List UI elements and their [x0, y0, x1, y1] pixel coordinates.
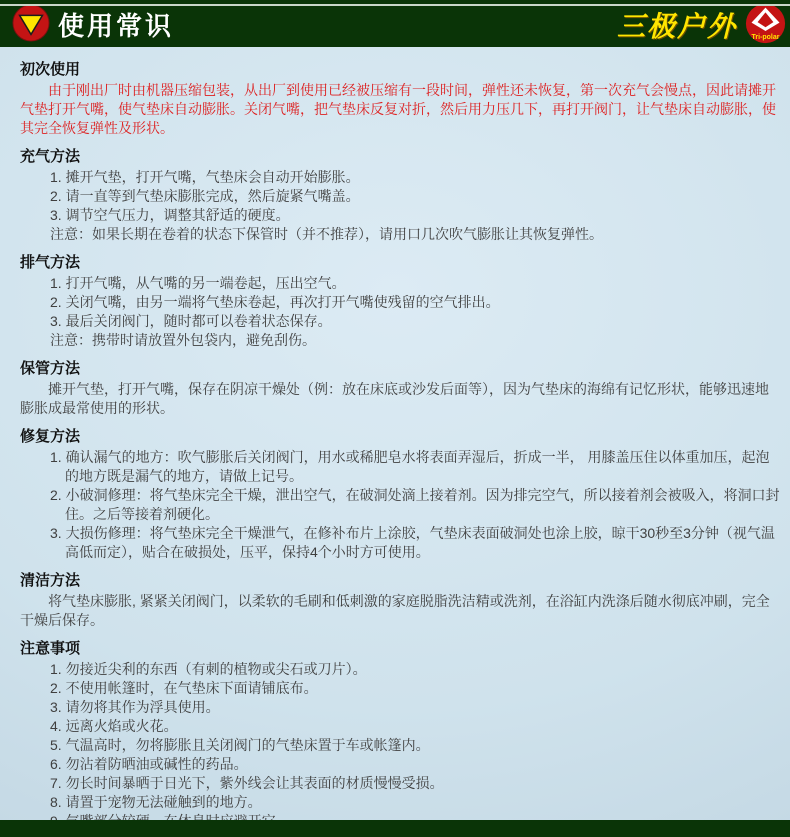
list-item: 1. 打开气嘴，从气嘴的另一端卷起，压出空气。 [20, 274, 782, 293]
section-heading: 修复方法 [20, 428, 782, 446]
list-item: 5. 气温高时，勿将膨胀且关闭阀门的气垫床置于车或帐篷内。 [20, 736, 782, 755]
section-heading: 充气方法 [20, 148, 782, 166]
list-item: 4. 远离火焰或火花。 [20, 717, 782, 736]
list-item: 3. 调节空气压力，调整其舒适的硬度。 [20, 206, 782, 225]
section-paragraph: 摊开气垫，打开气嘴，保存在阴凉干燥处（例：放在床底或沙发后面等），因为气垫床的海… [20, 380, 782, 418]
tripolar-logo-text: Tri-polar [752, 33, 780, 40]
list-item: 8. 请置于宠物无法碰触到的地方。 [20, 793, 782, 812]
section-heading: 初次使用 [20, 61, 782, 79]
warning-triangle-icon [12, 4, 50, 47]
section-heading: 保管方法 [20, 360, 782, 378]
list-item: 9. 气嘴部分较硬，在休息时应避开它。 [20, 812, 782, 820]
tripolar-logo-icon: Tri-polar [745, 3, 786, 49]
list-item: 6. 勿沾着防晒油或碱性的药品。 [20, 755, 782, 774]
section-1: 初次使用由于刚出厂时由机器压缩包装，从出厂到使用已经被压缩有一段时间，弹性还未恢… [20, 61, 782, 138]
section-5: 修复方法1. 确认漏气的地方：吹气膨胀后关闭阀门，用水或稀肥皂水将表面弄湿后，折… [20, 428, 782, 562]
list-item: 3. 大损伤修理：将气垫床完全干燥泄气，在修补布片上涂胶，气垫床表面破洞处也涂上… [20, 524, 782, 562]
list-item: 2. 关闭气嘴，由另一端将气垫床卷起，再次打开气嘴使残留的空气排出。 [20, 293, 782, 312]
content: 初次使用由于刚出厂时由机器压缩包装，从出厂到使用已经被压缩有一段时间，弹性还未恢… [0, 47, 790, 820]
section-3: 排气方法1. 打开气嘴，从气嘴的另一端卷起，压出空气。2. 关闭气嘴，由另一端将… [20, 254, 782, 350]
section-4: 保管方法摊开气垫，打开气嘴，保存在阴凉干燥处（例：放在床底或沙发后面等），因为气… [20, 360, 782, 418]
instruction-sheet: 使用常识 三极户外 Tri-polar 初次使用由于刚出厂时由机器压缩包装，从出… [0, 0, 790, 837]
list-item: 1. 确认漏气的地方：吹气膨胀后关闭阀门，用水或稀肥皂水将表面弄湿后，折成一半，… [20, 448, 782, 486]
list-item: 7. 勿长时间暴晒于日光下，紫外线会让其表面的材质慢慢受损。 [20, 774, 782, 793]
list-item: 注意：携带时请放置外包袋内，避免刮伤。 [20, 331, 782, 350]
list-item: 2. 请一直等到气垫床膨胀完成，然后旋紧气嘴盖。 [20, 187, 782, 206]
list-item: 注意：如果长期在卷着的状态下保管时（并不推荐），请用口几次吹气膨胀让其恢复弹性。 [20, 225, 782, 244]
list-item: 1. 勿接近尖利的东西（有刺的植物或尖石或刀片）。 [20, 660, 782, 679]
section-paragraph: 将气垫床膨胀, 紧紧关闭阀门，以柔软的毛刷和低刺激的家庭脱脂洗洁精或洗剂，在浴缸… [20, 592, 782, 630]
section-heading: 清洁方法 [20, 572, 782, 590]
section-7: 注意事项1. 勿接近尖利的东西（有刺的植物或尖石或刀片）。2. 不使用帐篷时，在… [20, 640, 782, 820]
footer-bar [0, 820, 790, 837]
header-bar: 使用常识 三极户外 Tri-polar [0, 0, 790, 47]
list-item: 3. 请勿将其作为浮具使用。 [20, 698, 782, 717]
section-heading: 注意事项 [20, 640, 782, 658]
section-6: 清洁方法将气垫床膨胀, 紧紧关闭阀门，以柔软的毛刷和低刺激的家庭脱脂洗洁精或洗剂… [20, 572, 782, 630]
list-item: 1. 摊开气垫，打开气嘴，气垫床会自动开始膨胀。 [20, 168, 782, 187]
list-item: 3. 最后关闭阀门，随时都可以卷着状态保存。 [20, 312, 782, 331]
section-paragraph: 由于刚出厂时由机器压缩包装，从出厂到使用已经被压缩有一段时间，弹性还未恢复，第一… [20, 81, 782, 138]
page-title: 使用常识 [58, 6, 174, 43]
brand-name: 三极户外 [617, 5, 737, 45]
header-accent-line [0, 4, 790, 6]
section-heading: 排气方法 [20, 254, 782, 272]
section-2: 充气方法1. 摊开气垫，打开气嘴，气垫床会自动开始膨胀。2. 请一直等到气垫床膨… [20, 148, 782, 244]
list-item: 2. 不使用帐篷时，在气垫床下面请铺底布。 [20, 679, 782, 698]
list-item: 2. 小破洞修理：将气垫床完全干燥，泄出空气，在破洞处滴上接着剂。因为排完空气，… [20, 486, 782, 524]
